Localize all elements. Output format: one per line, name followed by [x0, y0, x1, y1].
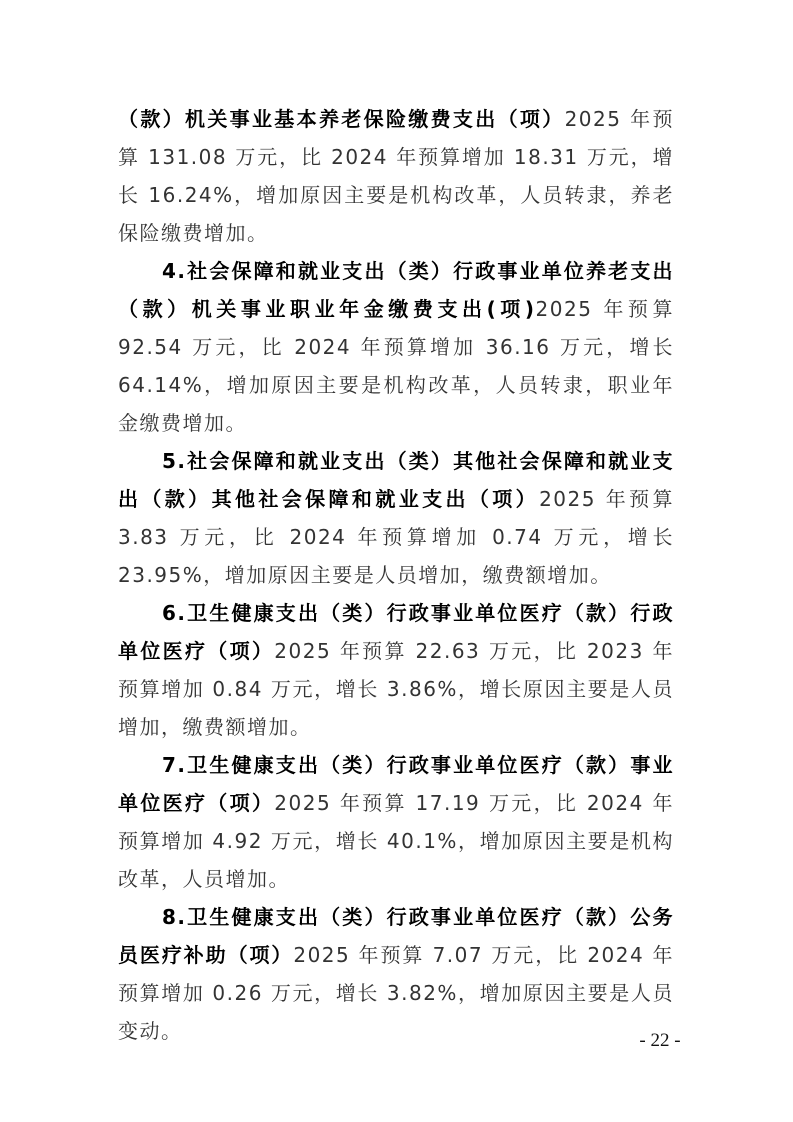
paragraph-item-3-continued: （款）机关事业基本养老保险缴费支出（项）2025 年预算 131.08 万元，比… [118, 100, 674, 252]
item-number: 8. [162, 905, 187, 929]
page-number: - 22 - [620, 1030, 700, 1052]
item-number: 6. [162, 601, 187, 625]
paragraph-item-8: 8.卫生健康支出（类）行政事业单位医疗（款）公务员医疗补助（项）2025 年预算… [118, 898, 674, 1050]
paragraph-item-5: 5.社会保障和就业支出（类）其他社会保障和就业支出（款）其他社会保障和就业支出（… [118, 442, 674, 594]
paragraph-item-7: 7.卫生健康支出（类）行政事业单位医疗（款）事业单位医疗（项）2025 年预算 … [118, 746, 674, 898]
item-heading: （款）机关事业基本养老保险缴费支出（项） [118, 107, 565, 131]
document-page: （款）机关事业基本养老保险缴费支出（项）2025 年预算 131.08 万元，比… [118, 100, 674, 1050]
item-number: 4. [162, 259, 187, 283]
paragraph-item-6: 6.卫生健康支出（类）行政事业单位医疗（款）行政单位医疗（项）2025 年预算 … [118, 594, 674, 746]
item-number: 5. [162, 449, 187, 473]
paragraph-item-4: 4.社会保障和就业支出（类）行政事业单位养老支出（款）机关事业职业年金缴费支出(… [118, 252, 674, 442]
item-number: 7. [162, 753, 187, 777]
